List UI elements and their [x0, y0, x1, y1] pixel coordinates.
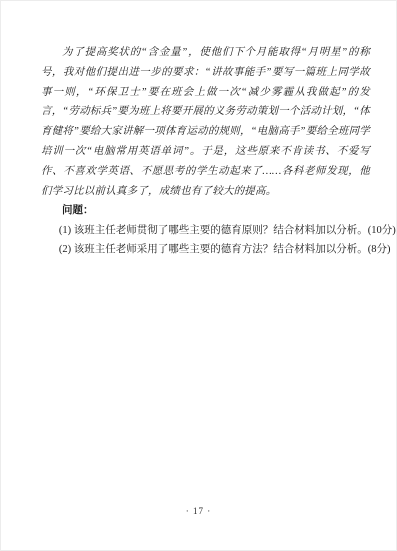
- document-page: 为了提高奖状的“含金量”，使他们下个月能取得“月明星”的称号，我对他们提出进一步…: [0, 0, 397, 551]
- case-study-paragraph: 为了提高奖状的“含金量”，使他们下个月能取得“月明星”的称号，我对他们提出进一步…: [41, 43, 370, 201]
- questions-label: 问题：: [41, 201, 370, 221]
- question-1: (1) 该班主任老师贯彻了哪些主要的德育原则？结合材料加以分析。(10分): [41, 221, 370, 240]
- page-content: 为了提高奖状的“含金量”，使他们下个月能取得“月明星”的称号，我对他们提出进一步…: [41, 43, 370, 259]
- question-2: (2) 该班主任老师采用了哪些主要的德育方法？结合材料加以分析。(8分): [41, 240, 370, 259]
- page-number: · 17 ·: [1, 506, 396, 516]
